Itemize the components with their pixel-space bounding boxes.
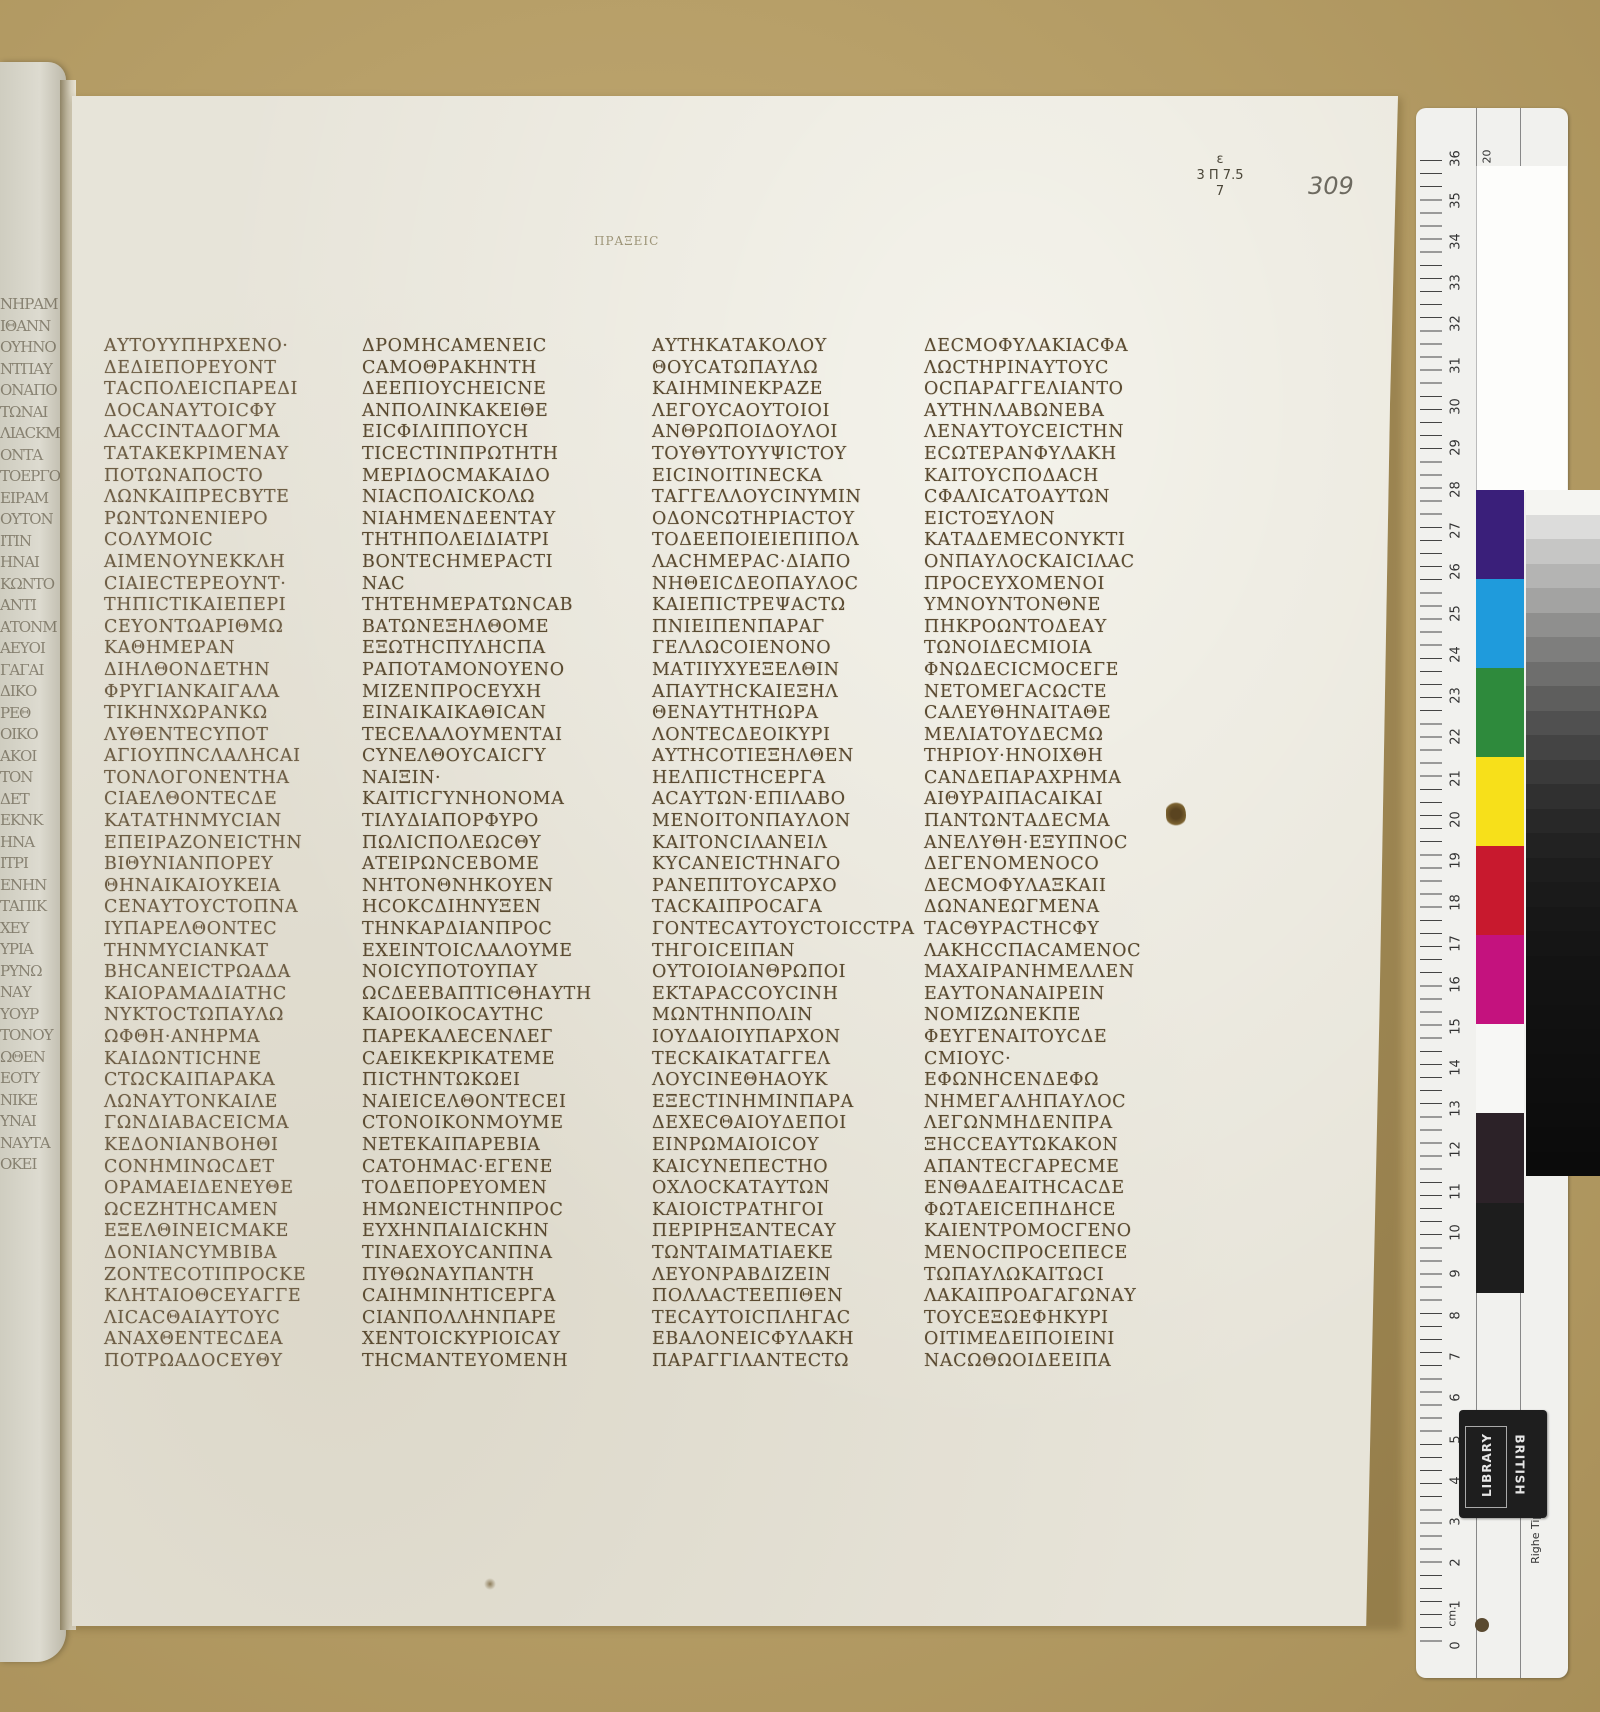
facing-text-line: ΝΗΡΑΜ [0,294,66,316]
white-reference-strip [1476,166,1567,492]
text-line: ΤΟΥϹΕΞΩΕΦΗΚΥΡΙ [924,1308,1174,1330]
text-line: ΩϹΕΖΗΤΗϹΑΜΕΝ [104,1200,354,1222]
ruler-cm-label: 2 [1449,1553,1464,1573]
text-line: ΧΕΝΤΟΙϹΚΥΡΙΟΙϹΑΥ [362,1329,612,1351]
text-line: ΛΩΝΚΑΙΠΡΕϹΒΥΤΕ [104,487,354,509]
ruler-cm-label: 11 [1449,1181,1464,1201]
color-patch [1476,1024,1524,1113]
text-line: ΤΕϹΚΑΙΚΑΤΑΓΓΕΛ [652,1049,902,1071]
ruler-cm-label: 6 [1449,1388,1464,1408]
facing-text-line: ΝΑΥΤΑ [0,1133,66,1155]
text-line: ΚΕΔΟΝΙΑΝΒΟΗΘΙ [104,1135,354,1157]
text-line: ΕΙΝΑΙΚΑΙΚΑΘΙϹΑΝ [362,703,612,725]
text-line: ΤΩΝΤΑΙΜΑΤΙΑΕΚΕ [652,1243,902,1265]
ruler-unit-label: cm. [1446,1606,1459,1626]
text-line: ΤΗΤΗΠΟΛΕΙΔΙΑΤΡΙ [362,530,612,552]
text-line: ΤΑϹΘΥΡΑϹΤΗϹΦΥ [924,919,1174,941]
text-line: ΤΗΤΕΗΜΕΡΑΤΩΝϹΑΒ [362,595,612,617]
text-line: ΑΠΑΥΤΗϹΚΑΙΕΞΗΛ [652,682,902,704]
facing-text-line: ΔΕΤ [0,789,66,811]
facing-text-line: ΙΤΡΙ [0,853,66,875]
facing-text-line: ΟΥΗΝΟ [0,337,66,359]
ruler-cm-label: 13 [1449,1099,1464,1119]
facing-page-edge: ΝΗΡΑΜΙΘΑΝΝΟΥΗΝΟΝΤΠΑΥΟΝΑΠΟΤΩΝΑΙΛΙΑϹΚΜΟΝΤΑ… [0,62,66,1662]
text-line: ΑΤΕΙΡΩΝϹΕΒΟΜΕ [362,854,612,876]
facing-text-line: ΙΤΙΝ [0,531,66,553]
text-line: ΤΙΛΥΔΙΑΠΟΡΦΥΡΟ [362,811,612,833]
text-line: ΕΙϹΦΙΛΙΠΠΟΥϹΗ [362,422,612,444]
color-patch [1476,1113,1524,1203]
text-line: ΝΑΙΞΙΝ· [362,768,612,790]
text-line: ΦΩΤΑΕΙϹΕΠΗΔΗϹΕ [924,1200,1174,1222]
text-line: ϹΑΜΟΘΡΑΚΗΝΤΗ [362,358,612,380]
text-line: ΔΕΔΙΕΠΟΡΕΥΟΝΤ [104,358,354,380]
facing-page-text: ΝΗΡΑΜΙΘΑΝΝΟΥΗΝΟΝΤΠΑΥΟΝΑΠΟΤΩΝΑΙΛΙΑϹΚΜΟΝΤΑ… [0,294,66,1176]
text-line: ΛΕΥΟΝΡΑΒΔΙΖΕΙΝ [652,1265,902,1287]
facing-text-line: ΤΟΕΡΓΟ [0,466,66,488]
text-line: ΑΝΕΛΥΘΗ·ΕΞΥΠΝΟϹ [924,833,1174,855]
text-line: ΟΙΤΙΜΕΔΕΙΠΟΙΕΙΝΙ [924,1329,1174,1351]
facing-text-line: ΗΝΑ [0,832,66,854]
facing-text-line: ΕΙΡΑΜ [0,488,66,510]
text-line: ΔΕΧΕϹΘΑΙΟΥΔΕΠΟΙ [652,1113,902,1135]
facing-text-line: ΕΝΗΝ [0,875,66,897]
parchment-stain [1166,800,1186,828]
text-line: ΟΧΛΟϹΚΑΤΑΥΤΩΝ [652,1178,902,1200]
facing-text-line: ΥΝΑΙ [0,1111,66,1133]
text-line: ΓΟΝΤΕϹΑΥΤΟΥϹΤΟΙϹϹΤΡΑ [652,919,902,941]
text-line: ΠΥΘΩΝΑΥΠΑΝΤΗ [362,1265,612,1287]
text-line: ΜΕΛΙΑΤΟΥΔΕϹΜΩ [924,725,1174,747]
text-line: ΜΕΝΟϹΠΡΟϹΕΠΕϹΕ [924,1243,1174,1265]
text-line: ΠΑΡΑΓΓΙΛΑΝΤΕϹΤΩ [652,1351,902,1373]
facing-text-line: ΑΚΟΙ [0,746,66,768]
gray-step [1526,515,1600,540]
text-line: ΕΦΩΝΗϹΕΝΔΕΦΩ [924,1070,1174,1092]
text-line: ΒΗϹΑΝΕΙϹΤΡΩΑΔΑ [104,962,354,984]
text-line: ΠΟΤΡΩΑΔΟϹΕΥΘΥ [104,1351,354,1373]
text-line: ΕΙΝΡΩΜΑΙΟΙϹΟΥ [652,1135,902,1157]
text-line: ΚΑΙΟΙϹΤΡΑΤΗΓΟΙ [652,1200,902,1222]
text-line: ΠΩΛΙϹΠΟΛΕΩϹΘΥ [362,833,612,855]
text-line: ΕΒΑΛΟΝΕΙϹΦΥΛΑΚΗ [652,1329,902,1351]
text-line: ΝΑϹ [362,574,612,596]
color-patches [1476,490,1524,1293]
facing-text-line: ΓΑΓΑΙ [0,660,66,682]
text-line: ΜΩΝΤΗΝΠΟΛΙΝ [652,1005,902,1027]
text-line: ϹΑΝΔΕΠΑΡΑΧΡΗΜΑ [924,768,1174,790]
gray-step [1526,882,1600,907]
tag-word-british: BRITISH [1513,1434,1527,1495]
ruler-cm-label: 16 [1449,975,1464,995]
text-line: ΚΑΘΗΜΕΡΑΝ [104,638,354,660]
text-line: ΑΙΜΕΝΟΥΝΕΚΚΛΗ [104,552,354,574]
facing-text-line: ΧΕΥ [0,918,66,940]
text-line: ΛΩΝΑΥΤΟΝΚΑΙΛΕ [104,1092,354,1114]
gray-step [1526,613,1600,638]
text-line: ϹΤΩϹΚΑΙΠΑΡΑΚΑ [104,1070,354,1092]
text-line: ΗϹΟΚϹΔΙΗΝΥΞΕΝ [362,897,612,919]
text-line: ΟΡΑΜΑΕΙΔΕΝΕΥΘΕ [104,1178,354,1200]
ruler-cm-label: 33 [1449,273,1464,293]
text-line: ΚΑΙΕΝΤΡΟΜΟϹΓΕΝΟ [924,1221,1174,1243]
text-line: ΝΗΤΟΝΘΝΗΚΟΥΕΝ [362,876,612,898]
text-line: ΤΑϹΠΟΛΕΙϹΠΑΡΕΔΙ [104,379,354,401]
shelfmark-line: ε [1190,152,1250,168]
facing-text-line: ΙΘΑΝΝ [0,316,66,338]
text-line: ΚΑΙΟΡΑΜΑΔΙΑΤΗϹ [104,984,354,1006]
text-line: ϹΟΝΗΜΙΝΩϹΔΕΤ [104,1157,354,1179]
running-title: ΠΡΑΞΕΙϹ [594,234,659,248]
text-line: ΚΛΗΤΑΙΟΘϹΕΥΑΓΓΕ [104,1286,354,1308]
text-line: ΛΕΓΩΝΜΗΔΕΝΠΡΑ [924,1113,1174,1135]
text-line: ϹΦΑΛΙϹΑΤΟΑΥΤΩΝ [924,487,1174,509]
facing-text-line: ΑΤΟΝΜ [0,617,66,639]
facing-text-line: ΟΥΤΟΝ [0,509,66,531]
facing-text-line: ΟΝΑΠΟ [0,380,66,402]
folio-number: 309 [1308,172,1354,200]
color-patch [1476,935,1524,1024]
text-line: ϹΥΝΕΛΘΟΥϹΑΙϹΓΥ [362,746,612,768]
text-line: ΟϹΠΑΡΑΓΓΕΛΙΑΝΤΟ [924,379,1174,401]
ruler-cm-label: 8 [1449,1305,1464,1325]
ruler-cm-label: 21 [1449,768,1464,788]
text-line: ΑΝΠΟΛΙΝΚΑΚΕΙΘΕ [362,401,612,423]
text-line: ΙΥΠΑΡΕΛΘΟΝΤΕϹ [104,919,354,941]
text-line: ΤΟΔΕΕΠΟΙΕΙΕΠΙΠΟΛ [652,530,902,552]
text-line: ΖΟΝΤΕϹΟΤΙΠΡΟϹΚΕ [104,1265,354,1287]
text-line: ΠΑΡΕΚΑΛΕϹΕΝΛΕΓ [362,1027,612,1049]
text-line: ΛΑϹϹΙΝΤΑΔΟΓΜΑ [104,422,354,444]
text-line: ΤΙΚΗΝΧΩΡΑΝΚΩ [104,703,354,725]
text-line: ΤΗΝΜΥϹΙΑΝΚΑΤ [104,941,354,963]
text-line: ΒΙΘΥΝΙΑΝΠΟΡΕΥ [104,854,354,876]
gray-step [1526,858,1600,883]
text-line: ΥΜΝΟΥΝΤΟΝΘΝΕ [924,595,1174,617]
text-line: ΚΑΙΕΠΙϹΤΡΕΨΑϹΤΩ [652,595,902,617]
color-patch [1476,490,1524,579]
text-line: ΝΕΤΟΜΕΓΑϹΩϹΤΕ [924,682,1174,704]
gray-step [1526,760,1600,785]
text-line: ΤΗΠΙϹΤΙΚΑΙΕΠΕΡΙ [104,595,354,617]
text-line: ΕΝΘΑΔΕΑΙΤΗϹΑϹΔΕ [924,1178,1174,1200]
text-line: ΑΠΑΝΤΕϹΓΑΡΕϹΜΕ [924,1157,1174,1179]
facing-text-line: ΛΙΑϹΚΜ [0,423,66,445]
text-line: ΦΡΥΓΙΑΝΚΑΙΓΑΛΑ [104,682,354,704]
text-line: ΚΑΙΗΜΙΝΕΚΡΑΖΕ [652,379,902,401]
gray-step [1526,1127,1600,1152]
text-line: ΑΥΤΗΝΛΑΒΩΝΕΒΑ [924,401,1174,423]
text-line: ΡΑΝΕΠΙΤΟΥϹΑΡΧΟ [652,876,902,898]
gray-step [1526,662,1600,687]
ruler-cm-label: 31 [1449,355,1464,375]
text-line: ΕΞΕΛΘΙΝΕΙϹΜΑΚΕ [104,1221,354,1243]
text-line: ΝΙΑϹΠΟΛΙϹΚΟΛΩ [362,487,612,509]
text-column-1: ΑΥΤΟΥΥΠΗΡΧΕΝΟ·ΔΕΔΙΕΠΟΡΕΥΟΝΤΤΑϹΠΟΛΕΙϹΠΑΡΕ… [104,336,354,1373]
text-line: ΚΑΙΔΩΝΤΙϹΗΝΕ [104,1049,354,1071]
ruler-cm-label: 7 [1449,1346,1464,1366]
text-line: ΑΥΤΟΥΥΠΗΡΧΕΝΟ· [104,336,354,358]
ruler-cm-label: 29 [1449,438,1464,458]
text-line: ΕΚΤΑΡΑϹϹΟΥϹΙΝΗ [652,984,902,1006]
text-line: ΕΙϹΙΝΟΙΤΙΝΕϹΚΑ [652,466,902,488]
text-column-2: ΔΡΟΜΗϹΑΜΕΝΕΙϹϹΑΜΟΘΡΑΚΗΝΤΗΔΕΕΠΙΟΥϹΗΕΙϹΝΕΑ… [362,336,612,1373]
text-line: ΕϹΩΤΕΡΑΝΦΥΛΑΚΗ [924,444,1174,466]
text-line: ΠΙϹΤΗΝΤΩΚΩΕΙ [362,1070,612,1092]
text-line: ΜΕΡΙΔΟϹΜΑΚΑΙΔΟ [362,466,612,488]
facing-text-line: ΟΚΕΙ [0,1154,66,1176]
text-line: ΜΑΤΙΙΥΧΥΕΞΕΛΘΙΝ [652,660,902,682]
text-line: ΚΑΙΤΙϹΓΥΝΗΟΝΟΜΑ [362,789,612,811]
text-line: ΛΕΝΑΥΤΟΥϹΕΙϹΤΗΝ [924,422,1174,444]
facing-text-line: ΝΙΚΕ [0,1090,66,1112]
gray-step [1526,588,1600,613]
text-line: ϹΙΑΕΛΘΟΝΤΕϹΔΕ [104,789,354,811]
text-line: ΚΑΤΑΔΕΜΕϹΟΝΥΚΤΙ [924,530,1174,552]
ruler-secondary-label: 20 [1481,150,1494,164]
gray-step [1526,1078,1600,1103]
text-line: ΕΠΕΙΡΑΖΟΝΕΙϹΤΗΝ [104,833,354,855]
text-line: ΒΟΝΤΕϹΗΜΕΡΑϹΤΙ [362,552,612,574]
text-line: ΛΙϹΑϹΘΑΙΑΥΤΟΥϹ [104,1308,354,1330]
text-line: ΜΕΝΟΙΤΟΝΠΑΥΛΟΝ [652,811,902,833]
gray-step [1526,564,1600,589]
gray-step [1526,956,1600,981]
text-line: ΤΟΔΕΠΟΡΕΥΟΜΕΝ [362,1178,612,1200]
facing-text-line: ΔΙΚΟ [0,681,66,703]
text-line: ΔΕΕΠΙΟΥϹΗΕΙϹΝΕ [362,379,612,401]
text-line: ϹΙΑΝΠΟΛΛΗΝΠΑΡΕ [362,1308,612,1330]
text-line: ϹΟΛΥΜΟΙϹ [104,530,354,552]
text-line: ΟΝΠΑΥΛΟϹΚΑΙϹΙΛΑϹ [924,552,1174,574]
text-line: ΚΑΙϹΥΝΕΠΕϹΤΗΟ [652,1157,902,1179]
facing-text-line: ΝΤΠΑΥ [0,359,66,381]
text-line: ΠΕΡΙΡΗΞΑΝΤΕϹΑΥ [652,1221,902,1243]
text-line: ΚΑΙΤΟΝϹΙΛΑΝΕΙΛ [652,833,902,855]
text-line: ϹΕΝΑΥΤΟΥϹΤΟΠΝΑ [104,897,354,919]
text-line: ΕΥΧΗΝΠΑΙΔΙϹΚΗΝ [362,1221,612,1243]
ruler-cm-label: 22 [1449,727,1464,747]
facing-text-line: ΑΕΥΟΙ [0,638,66,660]
text-line: ϹΜΙΟΥϹ· [924,1049,1174,1071]
facing-text-line: ΟΝΤΑ [0,445,66,467]
text-line: ϹΑΤΟΗΜΑϹ·ΕΓΕΝΕ [362,1157,612,1179]
color-patch [1476,668,1524,757]
facing-text-line: ΤΟΝ [0,767,66,789]
text-line: ΛΑΚΗϹϹΠΑϹΑΜΕΝΟϹ [924,941,1174,963]
text-line: ΤΑϹΚΑΙΠΡΟϹΑΓΑ [652,897,902,919]
text-line: ΛΑϹΗΜΕΡΑϹ·ΔΙΑΠΟ [652,552,902,574]
text-line: ΤΗΡΙΟΥ·ΗΝΟΙΧΘΗ [924,746,1174,768]
ruler-cm-label: 26 [1449,562,1464,582]
ruler-cm-label: 12 [1449,1140,1464,1160]
facing-text-line: ΕΚΝΚ [0,810,66,832]
gray-step [1526,686,1600,711]
text-line: ΤΗΝΚΑΡΔΙΑΝΠΡΟϹ [362,919,612,941]
text-line: ΚΑΤΑΤΗΝΜΥϹΙΑΝ [104,811,354,833]
color-patch [1476,579,1524,668]
text-line: ΡΑΠΟΤΑΜΟΝΟΥΕΝΟ [362,660,612,682]
ruler-cm-label: 36 [1449,149,1464,169]
text-line: ΗΕΛΠΙϹΤΗϹΕΡΓΑ [652,768,902,790]
text-line: ΗΜΩΝΕΙϹΤΗΝΠΡΟϹ [362,1200,612,1222]
text-line: ΜΙΖΕΝΠΡΟϹΕΥΧΗ [362,682,612,704]
text-line: ΤΙϹΕϹΤΙΝΠΡΩΤΗΤΗ [362,444,612,466]
ruler-cm-label: 17 [1449,933,1464,953]
text-column-3: ΑΥΤΗΚΑΤΑΚΟΛΟΥΘΟΥϹΑΤΩΠΑΥΛΩΚΑΙΗΜΙΝΕΚΡΑΖΕΛΕ… [652,336,902,1373]
ruler-cm-label: 15 [1449,1016,1464,1036]
text-line: ΕΞΩΤΗϹΠΥΛΗϹΠΑ [362,638,612,660]
text-line: ΩϹΔΕΕΒΑΠΤΙϹΘΗΑΥΤΗ [362,984,612,1006]
gray-step [1526,711,1600,736]
color-patch [1476,1203,1524,1293]
facing-text-line: ΚΩΝΤΟ [0,574,66,596]
ruler-cm-label: 32 [1449,314,1464,334]
text-line: ΠΡΟϹΕΥΧΟΜΕΝΟΙ [924,574,1174,596]
text-line: ΑΝΑΧΘΕΝΤΕϹΔΕΑ [104,1329,354,1351]
text-line: ϹΑΛΕΥΘΗΝΑΙΤΑΘΕ [924,703,1174,725]
text-line: ΑϹΑΥΤΩΝ·ΕΠΙΛΑΒΟ [652,789,902,811]
gray-step [1526,1103,1600,1128]
facing-text-line: ΥΡΙΑ [0,939,66,961]
gray-step [1526,784,1600,809]
gray-step [1526,735,1600,760]
text-line: ΛΕΓΟΥϹΑΟΥΤΟΙΟΙ [652,401,902,423]
text-line: ΝΗΘΕΙϹΔΕΟΠΑΥΛΟϹ [652,574,902,596]
shelfmark-line: 3 Π 7.5 [1190,168,1250,184]
gray-step [1526,1152,1600,1177]
text-line: ΔΡΟΜΗϹΑΜΕΝΕΙϹ [362,336,612,358]
text-line: ΔΩΝΑΝΕΩΓΜΕΝΑ [924,897,1174,919]
text-line: ΠΝΙΕΙΠΕΝΠΑΡΑΓ [652,617,902,639]
text-line: ΔΕϹΜΟΦΥΛΑΚΙΑϹΦΑ [924,336,1174,358]
text-line: ϹΑΕΙΚΕΚΡΙΚΑΤΕΜΕ [362,1049,612,1071]
text-line: ΝΟΙϹΥΠΟΤΟΥΠΑΥ [362,962,612,984]
facing-text-line: ΡΥΝΩ [0,961,66,983]
text-line: ΙΟΥΔΑΙΟΙΥΠΑΡΧΟΝ [652,1027,902,1049]
gray-scale [1526,490,1600,1176]
text-line: ΘΕΝΑΥΤΗΤΗΩΡΑ [652,703,902,725]
text-line: ΟΥΤΟΙΟΙΑΝΘΡΩΠΟΙ [652,962,902,984]
text-line: ΞΗϹϹΕΑΥΤΩΚΑΚΟΝ [924,1135,1174,1157]
ruler-cm-label: 14 [1449,1057,1464,1077]
text-line: ΔΕΓΕΝΟΜΕΝΟϹΟ [924,854,1174,876]
text-line: ΝΗΜΕΓΑΛΗΠΑΥΛΟϹ [924,1092,1174,1114]
ruler-hole [1475,1618,1489,1632]
facing-text-line: ΕΟΤΥ [0,1068,66,1090]
facing-text-line: ΝΑΥ [0,982,66,1004]
text-line: ΤΕϹΕΛΑΛΟΥΜΕΝΤΑΙ [362,725,612,747]
shelfmark-note: ε 3 Π 7.5 7 [1190,152,1250,200]
color-patch [1476,757,1524,846]
text-line: ϹΑΙΗΜΙΝΗΤΙϹΕΡΓΑ [362,1286,612,1308]
facing-text-line: ΤΟΝΟΥ [0,1025,66,1047]
text-line: ΔΟΝΙΑΝϹΥΜΒΙΒΑ [104,1243,354,1265]
gray-step [1526,1029,1600,1054]
text-line: ΕΙϹΤΟΞΥΛΟΝ [924,509,1174,531]
text-line: ΛΟΝΤΕϹΔΕΟΙΚΥΡΙ [652,725,902,747]
facing-text-line: ΑΝΤΙ [0,595,66,617]
ruler-cm-label: 34 [1449,231,1464,251]
text-line: ΕΧΕΙΝΤΟΙϹΛΑΛΟΥΜΕ [362,941,612,963]
text-line: ΟΔΟΝϹΩΤΗΡΙΑϹΤΟΥ [652,509,902,531]
facing-text-line: ΥΟΥΡ [0,1004,66,1026]
text-line: ΕΞΕϹΤΙΝΗΜΙΝΠΑΡΑ [652,1092,902,1114]
text-line: ΦΝΩΔΕϹΙϹΜΟϹΕΓΕ [924,660,1174,682]
ruler-cm-label: 19 [1449,851,1464,871]
text-column-4: ΔΕϹΜΟΦΥΛΑΚΙΑϹΦΑΛΩϹΤΗΡΙΝΑΥΤΟΥϹΟϹΠΑΡΑΓΓΕΛΙ… [924,336,1174,1373]
tag-word-library: LIBRARY [1480,1433,1494,1497]
gray-step [1526,931,1600,956]
ruler-cm-label: 28 [1449,479,1464,499]
color-patch [1476,846,1524,935]
text-line: ΑΝΘΡΩΠΟΙΔΟΥΛΟΙ [652,422,902,444]
gray-step [1526,833,1600,858]
facing-text-line: ΩΘΕΝ [0,1047,66,1069]
text-line: ΘΟΥϹΑΤΩΠΑΥΛΩ [652,358,902,380]
ruler-ticks [1420,160,1442,1645]
text-line: ΝΙΑΗΜΕΝΔΕΕΝΤΑΥ [362,509,612,531]
gray-step [1526,907,1600,932]
gray-step [1526,490,1600,515]
ruler-cm-label: 27 [1449,520,1464,540]
ruler-cm-label: 24 [1449,644,1464,664]
text-line: ΡΩΝΤΩΝΕΝΙΕΡΟ [104,509,354,531]
gray-step [1526,809,1600,834]
text-line: ΔΙΗΛΘΟΝΔΕΤΗΝ [104,660,354,682]
text-line: ΛΑΚΑΙΠΡΟΑΓΑΓΩΝΑΥ [924,1286,1174,1308]
text-line: ϹΙΑΙΕϹΤΕΡΕΟΥΝΤ· [104,574,354,596]
text-line: ΤΑΤΑΚΕΚΡΙΜΕΝΑΥ [104,444,354,466]
text-line: ΤΩΝΟΙΔΕϹΜΙΟΙΑ [924,638,1174,660]
text-line: ΤΗϹΜΑΝΤΕΥΟΜΕΝΗ [362,1351,612,1373]
ruler-cm-label: 18 [1449,892,1464,912]
facing-text-line: ΤΑΠΙΚ [0,896,66,918]
text-line: ΓΕΛΛΩϹΟΙΕΝΟΝΟ [652,638,902,660]
text-line: ΤΩΠΑΥΛΩΚΑΙΤΩϹΙ [924,1265,1174,1287]
text-line: ΘΗΝΑΙΚΑΙΟΥΚΕΙΑ [104,876,354,898]
gray-step [1526,637,1600,662]
text-line: ΤΕϹΑΥΤΟΙϹΠΛΗΓΑϹ [652,1308,902,1330]
text-line: ΔΟϹΑΝΑΥΤΟΙϹΦΥ [104,401,354,423]
text-line: ΝΟΜΙΖΩΝΕΚΠΕ [924,1005,1174,1027]
facing-text-line: ΡΕΘ [0,703,66,725]
text-line: ΤΟΥΘΥΤΟΥΥΨΙϹΤΟΥ [652,444,902,466]
text-line: ΦΕΥΓΕΝΑΙΤΟΥϹΔΕ [924,1027,1174,1049]
text-line: ΚΑΙΟΟΙΚΟϹΑΥΤΗϹ [362,1005,612,1027]
text-line: ΤΑΓΓΕΛΛΟΥϹΙΝΥΜΙΝ [652,487,902,509]
facing-text-line: ΗΝΑΙ [0,552,66,574]
text-line: ΠΟΛΛΑϹΤΕΕΠΙΘΕΝ [652,1286,902,1308]
text-line: ΛΥΘΕΝΤΕϹΥΠΟΤ [104,725,354,747]
foot-stain [484,1578,496,1590]
text-line: ΜΑΧΑΙΡΑΝΗΜΕΛΛΕΝ [924,962,1174,984]
text-line: ΚΥϹΑΝΕΙϹΤΗΝΑΓΟ [652,854,902,876]
ruler-cm-label: 9 [1449,1264,1464,1284]
text-line: ΝΕΤΕΚΑΙΠΑΡΕΒΙΑ [362,1135,612,1157]
ruler-cm-label: 35 [1449,190,1464,210]
text-line: ΔΕϹΜΟΦΥΛΑΞΚΑΙΙ [924,876,1174,898]
shelfmark-line: 7 [1190,184,1250,200]
facing-text-line: ΟΙΚΟ [0,724,66,746]
ruler-cm-label: 25 [1449,603,1464,623]
text-line: ΑΥΤΗΚΑΤΑΚΟΛΟΥ [652,336,902,358]
gray-step [1526,1054,1600,1079]
text-line: ϹΤΟΝΟΙΚΟΝΜΟΥΜΕ [362,1113,612,1135]
gray-step [1526,539,1600,564]
text-line: ΑΙΘΥΡΑΙΠΑϹΑΙΚΑΙ [924,789,1174,811]
ruler-cm-label: 0 [1449,1636,1464,1656]
